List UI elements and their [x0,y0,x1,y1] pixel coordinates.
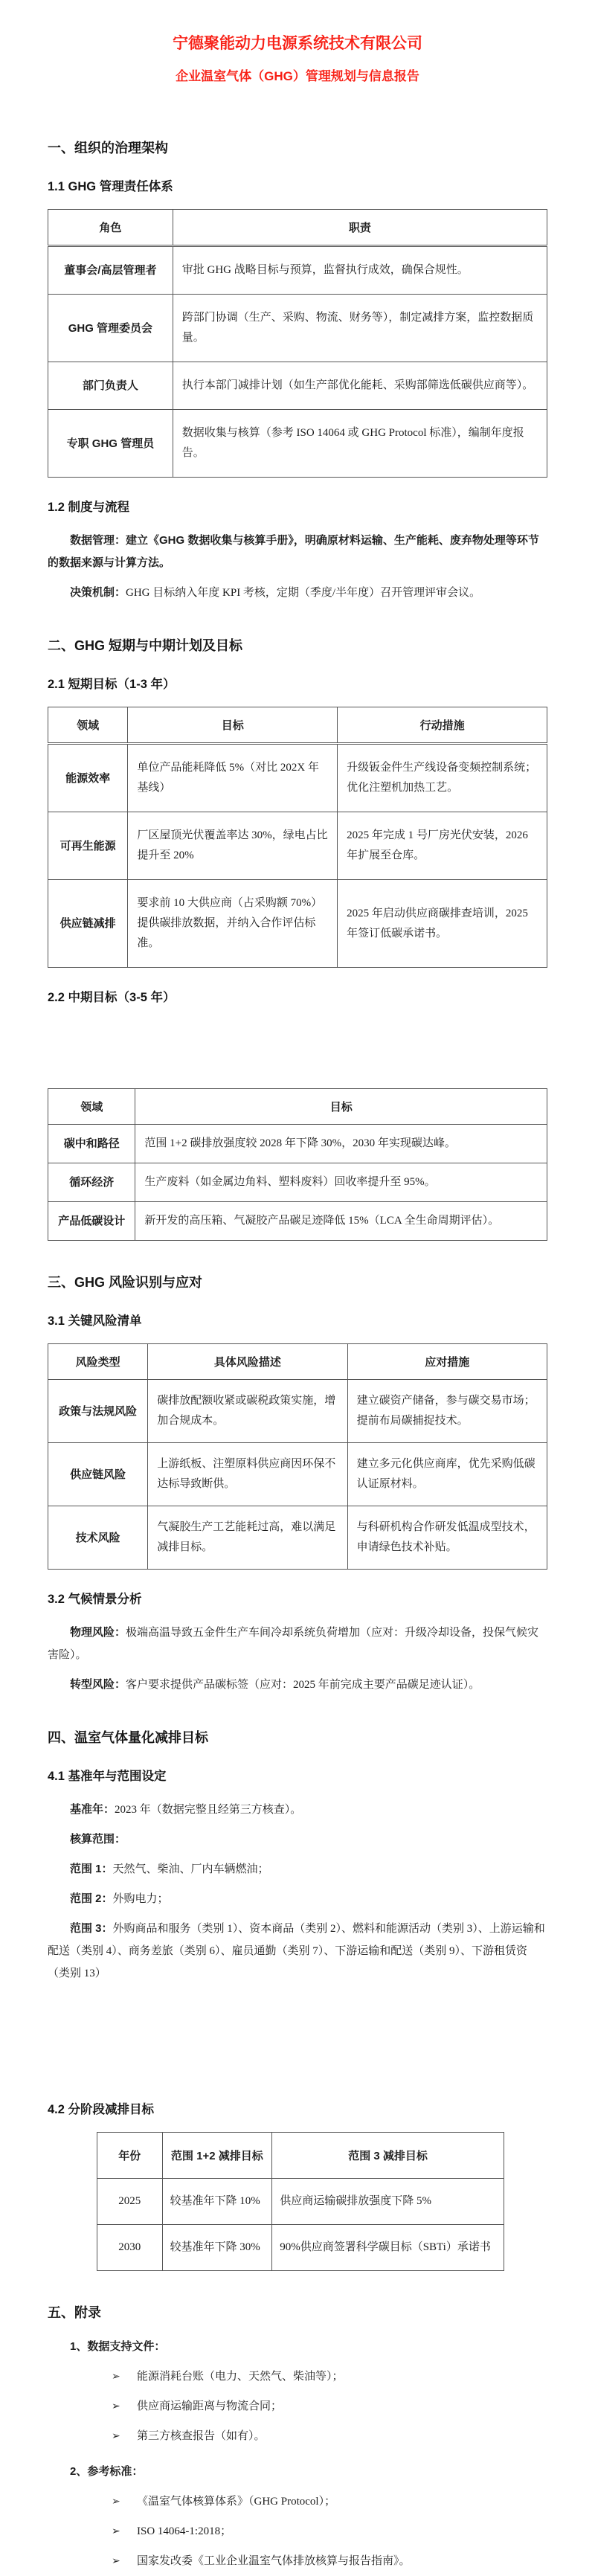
table-header-cell: 角色 [48,210,173,246]
key-risk-table: 风险类型 具体风险描述 应对措施 政策与法规风险 碳排放配额收紧或碳税政策实施，… [48,1343,547,1570]
arrow-bullet-icon: ➢ [112,2426,137,2447]
list-item-text: 第三方核查报告（如有）。 [137,2430,266,2442]
short-term-targets-table: 领域 目标 行动措施 能源效率 单位产品能耗降低 5%（对比 202X 年基线）… [48,707,547,968]
table-cell: 较基准年下降 10% [162,2179,272,2225]
paragraph-label: 范围 1： [70,1863,113,1875]
section-heading-governance: 一、组织的治理架构 [48,138,547,157]
table-cell: 2030 [97,2225,163,2271]
table-header-cell: 范围 1+2 减排目标 [162,2133,272,2179]
table-row: 能源效率 单位产品能耗降低 5%（对比 202X 年基线） 升级钣金件生产线设备… [48,744,547,812]
paragraph-label: 范围 3： [70,1922,113,1935]
paragraph-label: 范围 2： [70,1892,113,1905]
table-row: 循环经济 生产废料（如金属边角料、塑料废料）回收率提升至 95%。 [48,1163,547,1202]
table-header-cell: 职责 [173,210,547,246]
table-cell: 循环经济 [48,1163,135,1202]
table-cell: 范围 1+2 碳排放强度较 2028 年下降 30%，2030 年实现碳达峰。 [135,1125,547,1163]
phased-reduction-table: 年份 范围 1+2 减排目标 范围 3 减排目标 2025 较基准年下降 10%… [97,2132,504,2271]
page-break-gap [48,1020,547,1085]
paragraph-scope-3: 范围 3：外购商品和服务（类别 1）、资本商品（类别 2）、燃料和能源活动（类别… [48,1918,547,1985]
table-cell: 产品低碳设计 [48,1202,135,1241]
arrow-bullet-icon: ➢ [112,2551,137,2572]
table-cell: 董事会/高层管理者 [48,246,173,295]
table-cell: 供应链减排 [48,880,128,968]
paragraph-text: 外购商品和服务（类别 1）、资本商品（类别 2）、燃料和能源活动（类别 3）、上… [48,1923,545,1979]
table-header-cell: 具体风险描述 [148,1344,347,1380]
section-heading-appendix: 五、附录 [48,2302,547,2322]
paragraph-label: 基准年： [70,1803,115,1816]
subsection-heading-phased-targets: 4.2 分阶段减排目标 [48,2099,547,2117]
list-item: ➢第三方核查报告（如有）。 [112,2421,547,2451]
table-row: GHG 管理委员会 跨部门协调（生产、采购、物流、财务等），制定减排方案，监控数… [48,295,547,362]
paragraph-data-management: 数据管理：建立《GHG 数据收集与核算手册》，明确原材料运输、生产能耗、废弃物处… [48,530,547,574]
paragraph-text: GHG 目标纳入年度 KPI 考核，定期（季度/半年度）召开管理评审会议。 [126,587,480,599]
paragraph-label: 数据管理： [70,534,126,547]
table-cell: 较基准年下降 30% [162,2225,272,2271]
table-header-row: 年份 范围 1+2 减排目标 范围 3 减排目标 [97,2133,504,2179]
table-cell: 供应链风险 [48,1443,148,1506]
paragraph-decision-mechanism: 决策机制：GHG 目标纳入年度 KPI 考核，定期（季度/半年度）召开管理评审会… [48,582,547,604]
table-cell: 建立多元化供应商库，优先采购低碳认证原材料。 [347,1443,547,1506]
table-cell: 2025 [97,2179,163,2225]
table-row: 技术风险 气凝胶生产工艺能耗过高，难以满足减排目标。 与科研机构合作研发低温成型… [48,1506,547,1570]
table-cell: 气凝胶生产工艺能耗过高，难以满足减排目标。 [148,1506,347,1570]
table-row: 政策与法规风险 碳排放配额收紧或碳税政策实施，增加合规成本。 建立碳资产储备，参… [48,1380,547,1443]
list-item-text: 《温室气体核算体系》（GHG Protocol）； [137,2496,335,2508]
paragraph-text: 2023 年（数据完整且经第三方核查）。 [115,1804,301,1816]
subsection-heading-responsibility-system: 1.1 GHG 管理责任体系 [48,176,547,194]
paragraph-label: 物理风险： [70,1626,126,1639]
list-item: ➢ISO 14064-1:2018； [112,2516,547,2546]
document-page: 宁德聚能动力电源系统技术有限公司 企业温室气体（GHG）管理规划与信息报告 一、… [0,0,595,2576]
arrow-bullet-icon: ➢ [112,2396,137,2417]
table-header-row: 领域 目标 行动措施 [48,707,547,744]
table-header-cell: 领域 [48,1089,135,1125]
table-cell: 2025 年启动供应商碳排查培训，2025 年签订低碳承诺书。 [338,880,547,968]
paragraph-label: 转型风险： [70,1678,126,1691]
subsection-heading-baseline-scope: 4.1 基准年与范围设定 [48,1766,547,1784]
table-row: 碳中和路径 范围 1+2 碳排放强度较 2028 年下降 30%，2030 年实… [48,1125,547,1163]
subsection-heading-process: 1.2 制度与流程 [48,497,547,515]
table-header-cell: 风险类型 [48,1344,148,1380]
table-row: 2025 较基准年下降 10% 供应商运输碳排放强度下降 5% [97,2179,504,2225]
doc-subtitle: 企业温室气体（GHG）管理规划与信息报告 [48,65,547,84]
table-cell: 供应商运输碳排放强度下降 5% [272,2179,504,2225]
table-row: 可再生能源 厂区屋顶光伏覆盖率达 30%，绿电占比提升至 20% 2025 年完… [48,812,547,880]
subsection-heading-risk-list: 3.1 关键风险清单 [48,1311,547,1329]
table-cell: 部门负责人 [48,362,173,410]
list-item-text: ISO 14064-1:2018； [137,2525,231,2537]
table-header-row: 角色 职责 [48,210,547,246]
table-cell: 90%供应商签署科学碳目标（SBTi）承诺书 [272,2225,504,2271]
table-header-cell: 应对措施 [347,1344,547,1380]
table-cell: 要求前 10 大供应商（占采购额 70%）提供碳排放数据，并纳入合作评估标准。 [128,880,338,968]
section-heading-risk: 三、GHG 风险识别与应对 [48,1272,547,1291]
table-cell: 与科研机构合作研发低温成型技术，申请绿色技术补贴。 [347,1506,547,1570]
arrow-bullet-icon: ➢ [112,2366,137,2387]
table-cell: 碳中和路径 [48,1125,135,1163]
table-cell: 技术风险 [48,1506,148,1570]
table-cell: 能源效率 [48,744,128,812]
subsection-heading-short-term: 2.1 短期目标（1-3 年） [48,674,547,692]
list-item-text: 供应商运输距离与物流合同； [137,2400,282,2412]
list-item-text: 能源消耗台账（电力、天然气、柴油等）； [137,2371,344,2383]
subsection-heading-climate-scenario: 3.2 气候情景分析 [48,1589,547,1607]
doc-title: 宁德聚能动力电源系统技术有限公司 [48,31,547,54]
table-cell: 跨部门协调（生产、采购、物流、财务等），制定减排方案，监控数据质量。 [173,295,547,362]
table-cell: 政策与法规风险 [48,1380,148,1443]
table-cell: 碳排放配额收紧或碳税政策实施，增加合规成本。 [148,1380,347,1443]
paragraph-scope-2: 范围 2：外购电力； [48,1888,547,1910]
table-row: 2030 较基准年下降 30% 90%供应商签署科学碳目标（SBTi）承诺书 [97,2225,504,2271]
table-header-row: 领域 目标 [48,1089,547,1125]
table-header-cell: 目标 [128,707,338,744]
table-cell: 审批 GHG 战略目标与预算，监督执行成效，确保合规性。 [173,246,547,295]
paragraph-scope-heading: 核算范围： [48,1828,547,1851]
table-header-cell: 范围 3 减排目标 [272,2133,504,2179]
appendix-list-label-standards: 2、参考标准： [70,2461,547,2482]
table-row: 部门负责人 执行本部门减排计划（如生产部优化能耗、采购部筛选低碳供应商等）。 [48,362,547,410]
table-cell: 可再生能源 [48,812,128,880]
table-row: 产品低碳设计 新开发的高压箱、气凝胶产品碳足迹降低 15%（LCA 全生命周期评… [48,1202,547,1241]
mid-term-targets-table: 领域 目标 碳中和路径 范围 1+2 碳排放强度较 2028 年下降 30%，2… [48,1088,547,1241]
list-item: ➢国家发改委《工业企业温室气体排放核算与报告指南》。 [112,2546,547,2576]
table-row: 董事会/高层管理者 审批 GHG 战略目标与预算，监督执行成效，确保合规性。 [48,246,547,295]
table-header-cell: 行动措施 [338,707,547,744]
table-header-row: 风险类型 具体风险描述 应对措施 [48,1344,547,1380]
table-cell: 厂区屋顶光伏覆盖率达 30%，绿电占比提升至 20% [128,812,338,880]
paragraph-physical-risk: 物理风险：极端高温导致五金件生产车间冷却系统负荷增加（应对：升级冷却设备，投保气… [48,1622,547,1666]
paragraph-baseline-year: 基准年：2023 年（数据完整且经第三方核查）。 [48,1799,547,1821]
ghg-responsibility-table: 角色 职责 董事会/高层管理者 审批 GHG 战略目标与预算，监督执行成效，确保… [48,209,547,478]
table-cell: 建立碳资产储备，参与碳交易市场；提前布局碳捕捉技术。 [347,1380,547,1443]
paragraph-transition-risk: 转型风险：客户要求提供产品碳标签（应对：2025 年前完成主要产品碳足迹认证）。 [48,1674,547,1696]
table-cell: 升级钣金件生产线设备变频控制系统；优化注塑机加热工艺。 [338,744,547,812]
table-row: 专职 GHG 管理员 数据收集与核算（参考 ISO 14064 或 GHG Pr… [48,410,547,478]
table-header-cell: 年份 [97,2133,163,2179]
list-item-text: 国家发改委《工业企业温室气体排放核算与报告指南》。 [137,2555,411,2567]
section-heading-quantified-targets: 四、温室气体量化减排目标 [48,1727,547,1747]
table-row: 供应链风险 上游纸板、注塑原料供应商因环保不达标导致断供。 建立多元化供应商库，… [48,1443,547,1506]
list-item: ➢《温室气体核算体系》（GHG Protocol）； [112,2487,547,2516]
table-cell: 单位产品能耗降低 5%（对比 202X 年基线） [128,744,338,812]
list-item: ➢能源消耗台账（电力、天然气、柴油等）； [112,2362,547,2392]
table-cell: 执行本部门减排计划（如生产部优化能耗、采购部筛选低碳供应商等）。 [173,362,547,410]
section-heading-plans-targets: 二、GHG 短期与中期计划及目标 [48,635,547,655]
table-cell: 专职 GHG 管理员 [48,410,173,478]
table-row: 供应链减排 要求前 10 大供应商（占采购额 70%）提供碳排放数据，并纳入合作… [48,880,547,968]
table-cell: 生产废料（如金属边角料、塑料废料）回收率提升至 95%。 [135,1163,547,1202]
subsection-heading-mid-term: 2.2 中期目标（3-5 年） [48,987,547,1005]
paragraph-text: 天然气、柴油、厂内车辆燃油； [113,1863,269,1875]
table-cell: 2025 年完成 1 号厂房光伏安装，2026 年扩展至仓库。 [338,812,547,880]
paragraph-text: 客户要求提供产品碳标签（应对：2025 年前完成主要产品碳足迹认证）。 [126,1679,480,1691]
paragraph-text: 外购电力； [113,1893,169,1905]
table-cell: 数据收集与核算（参考 ISO 14064 或 GHG Protocol 标准），… [173,410,547,478]
appendix-list-label-data-files: 1、数据支持文件： [70,2336,547,2357]
arrow-bullet-icon: ➢ [112,2521,137,2542]
list-item: ➢供应商运输距离与物流合同； [112,2392,547,2421]
table-cell: GHG 管理委员会 [48,295,173,362]
table-cell: 上游纸板、注塑原料供应商因环保不达标导致断供。 [148,1443,347,1506]
page-break-gap [48,1992,547,2080]
paragraph-scope-1: 范围 1：天然气、柴油、厂内车辆燃油； [48,1858,547,1880]
paragraph-label: 决策机制： [70,586,126,599]
table-cell: 新开发的高压箱、气凝胶产品碳足迹降低 15%（LCA 全生命周期评估）。 [135,1202,547,1241]
table-header-cell: 领域 [48,707,128,744]
table-header-cell: 目标 [135,1089,547,1125]
arrow-bullet-icon: ➢ [112,2491,137,2512]
